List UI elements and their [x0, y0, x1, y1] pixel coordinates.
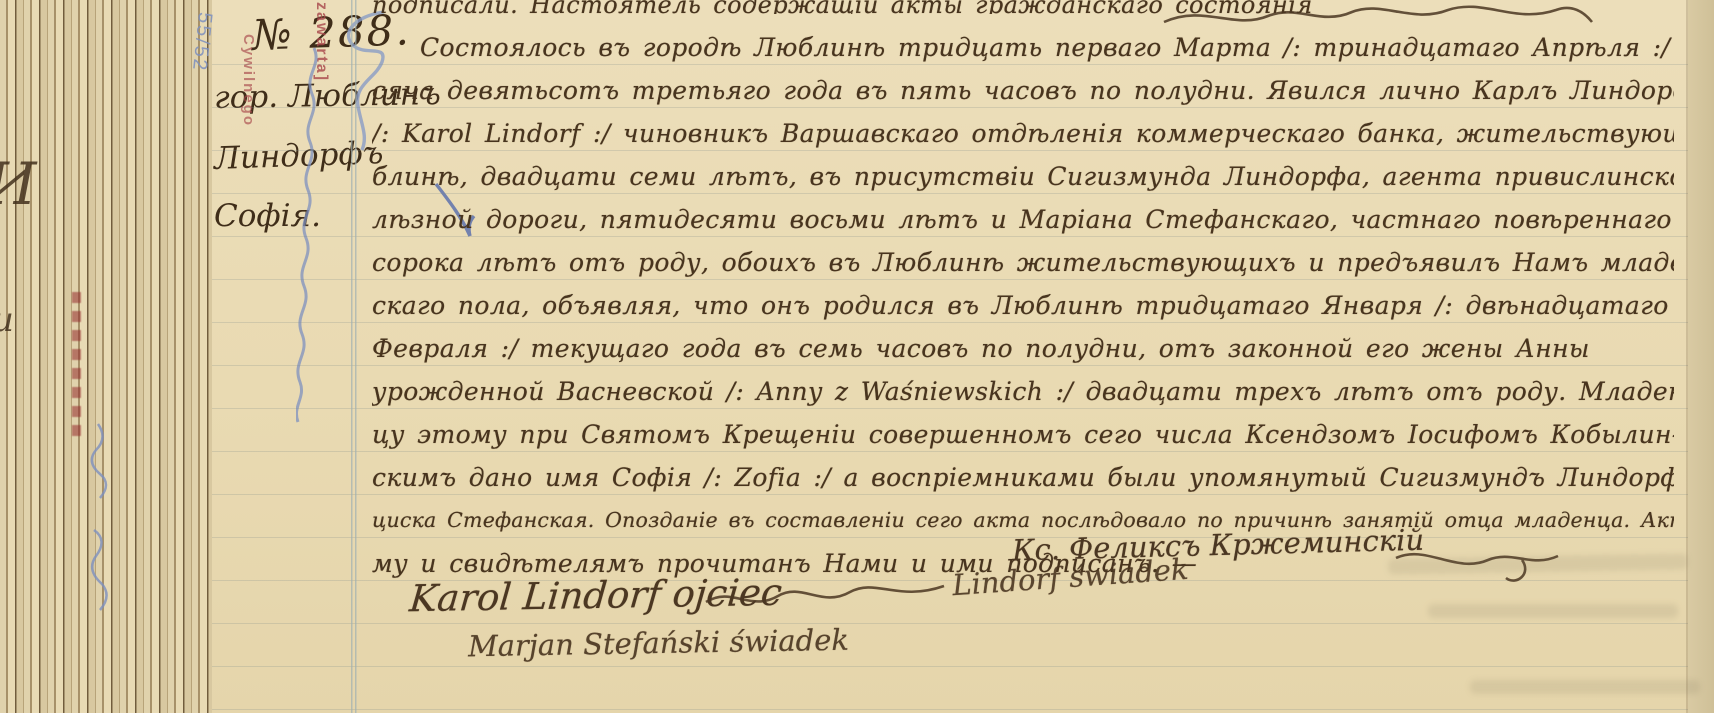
record-line: Состоялось въ городѣ Люблинѣ тридцать пе…	[372, 26, 1674, 69]
book-page-edges: И и	[0, 0, 212, 713]
paper-right-edge	[1686, 0, 1714, 713]
record-line: скимъ дано имя Софія /: Zofia :/ а воспр…	[372, 456, 1674, 499]
record-line: Февраля :/ текущаго года въ семь часовъ …	[372, 327, 1674, 370]
margin-column: № 288. гор. Люблинъ Линдорфъ Софія. zawa…	[212, 0, 354, 713]
margin-surname: Линдорфъ	[213, 135, 383, 177]
margin-separator-rule	[351, 0, 357, 713]
edge-writing-fragment-lower: и	[0, 300, 14, 340]
scanned-birth-record-page: И и № 288. гор. Люблинъ Линдорфъ Софія. …	[0, 0, 1714, 713]
record-line: лѣзной дороги, пятидесяти восьми лѣтъ и …	[372, 198, 1674, 241]
red-stamp-fragment-zawarta: zawarta]	[312, 2, 330, 82]
edge-red-stamp-streak	[72, 292, 81, 442]
record-line: /: Karol Lindorf :/ чиновникъ Варшавскаг…	[372, 112, 1674, 155]
record-line: цу этому при Святомъ Крещеніи совершенно…	[372, 413, 1674, 456]
record-text: подписали. Настоятель содержащій акты гр…	[372, 0, 1674, 585]
ink-bleedthrough	[1470, 680, 1700, 694]
record-line: блинѣ, двадцати семи лѣтъ, въ присутстві…	[372, 155, 1674, 198]
record-line: урожденной Васневской /: Anny z Waśniews…	[372, 370, 1674, 413]
record-line: скаго пола, объявляя, что онъ родился въ…	[372, 284, 1674, 327]
blue-pencil-number: 55/52	[187, 11, 216, 73]
previous-record-fragment: подписали. Настоятель содержащій акты гр…	[372, 0, 1674, 14]
margin-given-name: Софія.	[214, 198, 321, 234]
signature-father: Karol Lindorf ojciec	[408, 571, 784, 620]
record-line: сяча девятьсотъ третьяго года въ пять ча…	[372, 69, 1674, 112]
signature-witness-stefanski: Marjan Stefański świadek	[468, 623, 849, 664]
edge-blue-scribble	[84, 420, 124, 620]
record-line: сорока лѣтъ отъ роду, обоихъ въ Люблинѣ …	[372, 241, 1674, 284]
edge-writing-fragment-upper: И	[0, 150, 37, 218]
ink-bleedthrough	[1428, 604, 1678, 618]
red-stamp-fragment-cywilnego: Cywilnego	[240, 34, 257, 127]
